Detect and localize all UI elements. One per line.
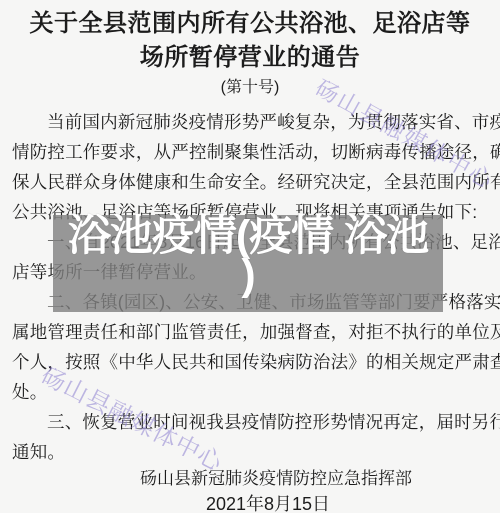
notice-title: 关于全县范围内所有公共浴池、足浴店等 场所暂停营业的通告: [0, 0, 500, 75]
issue-number: (第十号): [0, 78, 500, 98]
issue-date: 2021年8月15日: [0, 493, 500, 513]
notice-title-line1: 关于全县范围内所有公共浴池、足浴店等: [0, 7, 500, 41]
notice-title-line2: 场所暂停营业的通告: [0, 41, 500, 75]
issuing-authority: 砀山县新冠肺炎疫情防控应急指挥部: [0, 467, 500, 491]
notice-document: 关于全县范围内所有公共浴池、足浴店等 场所暂停营业的通告 (第十号) 当前国内新…: [0, 0, 500, 513]
body-line: 属地管理责任和部门监管责任，加强督查，对拒不执行的单位及: [12, 317, 500, 347]
body-line: 保人民群众身体健康和生命安全。经研究决定，全县范围内所有: [12, 167, 500, 197]
caption-overlay: 浴池疫情(疫情 浴池 ): [53, 215, 443, 312]
body-line: 通知。: [12, 437, 500, 467]
caption-overlay-text-line2: ): [241, 256, 254, 295]
